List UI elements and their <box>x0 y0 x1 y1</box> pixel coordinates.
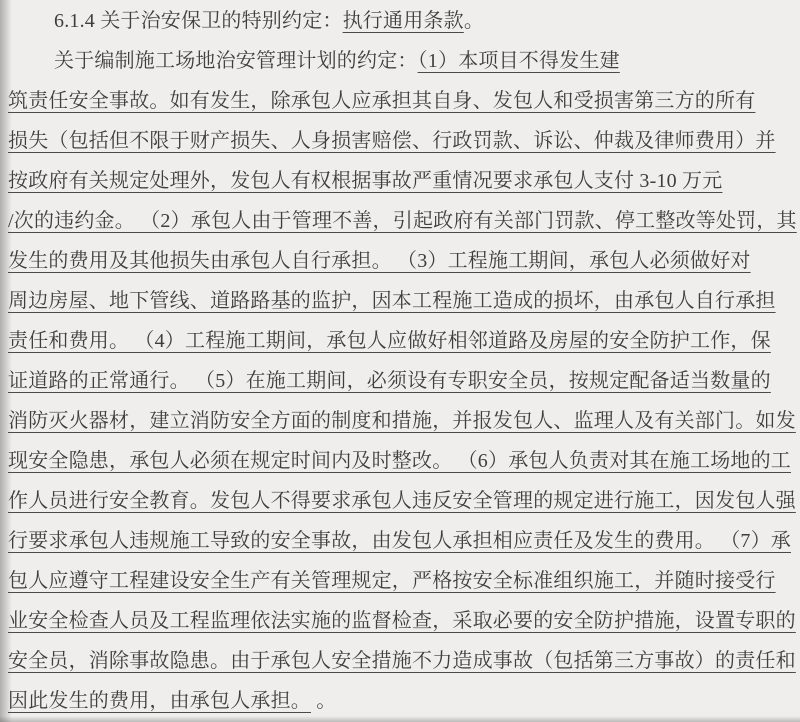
plain-text: 。 <box>311 690 336 712</box>
underlined-text: 包人应遵守工程建设安全生产有关管理规定，严格按安全标准组织施工，并随时接受行 <box>8 570 776 592</box>
text-line: 证道路的正常通行。 （5）在施工期间，必须设有专职安全员，按规定配备适当数量的 <box>8 361 800 401</box>
underlined-text: 筑责任安全事故。如有发生，除承包人应承担其自身、发包人和受损害第三方的所有 <box>8 90 755 112</box>
underlined-text: 现安全隐患，承包人必须在规定时间内及时整改。 （6）承包人负责对其在施工场地的工 <box>8 450 791 472</box>
text-line: 因此发生的费用，由承包人承担。 。 <box>8 681 800 721</box>
underlined-text: 行要求承包人违规施工导致的安全事故，由发包人承担相应责任及发生的费用。 （7）承 <box>8 530 791 552</box>
underlined-text: 业安全检查人员及工程监理依法实施的监督检查，采取必要的安全防护措施，设置专职的 <box>8 610 796 632</box>
underlined-text: 执行通用条款 <box>343 10 464 32</box>
text-line: 行要求承包人违规施工导致的安全事故，由发包人承担相应责任及发生的费用。 （7）承 <box>8 521 800 561</box>
text-line: 损失（包括但不限于财产损失、人身损害赔偿、行政罚款、诉讼、仲裁及律师费用）并 <box>8 121 800 161</box>
underlined-text: 消防灭火器材，建立消防安全方面的制度和措施，并报发包人、监理人及有关部门。如发 <box>8 410 796 432</box>
underlined-text: （1）本项目不得发生建 <box>418 50 620 72</box>
text-line: 责任和费用。 （4）工程施工期间，承包人应做好相邻道路及房屋的安全防护工作，保 <box>8 321 800 361</box>
text-line: 消防灭火器材，建立消防安全方面的制度和措施，并报发包人、监理人及有关部门。如发 <box>8 401 800 441</box>
underlined-text: 周边房屋、地下管线、道路路基的监护，因本工程施工造成的损坏，由承包人自行承担 <box>8 290 776 312</box>
text-line: 业安全检查人员及工程监理依法实施的监督检查，采取必要的安全防护措施，设置专职的 <box>8 601 800 641</box>
underlined-text: 作人员进行安全教育。发包人不得要求承包人违反安全管理的规定进行施工，因发包人强 <box>8 490 796 512</box>
text-line: 作人员进行安全教育。发包人不得要求承包人违反安全管理的规定进行施工，因发包人强 <box>8 481 800 521</box>
underlined-text: 安全员，消除事故隐患。由于承包人安全措施不力造成事故（包括第三方事故）的责任和 <box>8 650 796 672</box>
document-screenshot: { "page": { "background": "#efeeec", "te… <box>0 0 800 722</box>
text-line: /次的违约金。 （2）承包人由于管理不善，引起政府有关部门罚款、停工整改等处罚，… <box>8 201 800 241</box>
text-line: 发生的费用及其他损失由承包人自行承担。 （3）工程施工期间，承包人必须做好对 <box>8 241 800 281</box>
underlined-text: /次的违约金。 （2）承包人由于管理不善，引起政府有关部门罚款、停工整改等处罚，… <box>8 210 797 232</box>
text-line: 按政府有关规定处理外，发包人有权根据事故严重情况要求承包人支付 3-10 万元 <box>8 161 800 201</box>
contract-clause-page: 6.1.4 关于治安保卫的特别约定：执行通用条款。关于编制施工场地治安管理计划的… <box>0 0 800 722</box>
plain-text: 6.1.4 关于治安保卫的特别约定： <box>54 10 343 32</box>
text-line: 6.1.4 关于治安保卫的特别约定：执行通用条款。 <box>8 1 800 41</box>
text-line: 周边房屋、地下管线、道路路基的监护，因本工程施工造成的损坏，由承包人自行承担 <box>8 281 800 321</box>
text-line: 关于编制施工场地治安管理计划的约定：（1）本项目不得发生建 <box>8 41 800 81</box>
plain-text: 关于编制施工场地治安管理计划的约定： <box>54 50 418 72</box>
plain-text: 。 <box>464 10 484 32</box>
text-line: 筑责任安全事故。如有发生，除承包人应承担其自身、发包人和受损害第三方的所有 <box>8 81 800 121</box>
text-line: 现安全隐患，承包人必须在规定时间内及时整改。 （6）承包人负责对其在施工场地的工 <box>8 441 800 481</box>
underlined-text: 证道路的正常通行。 （5）在施工期间，必须设有专职安全员，按规定配备适当数量的 <box>8 370 771 392</box>
text-line: 安全员，消除事故隐患。由于承包人安全措施不力造成事故（包括第三方事故）的责任和 <box>8 641 800 681</box>
underlined-text: 损失（包括但不限于财产损失、人身损害赔偿、行政罚款、诉讼、仲裁及律师费用）并 <box>8 130 776 152</box>
underlined-text: 按政府有关规定处理外，发包人有权根据事故严重情况要求承包人支付 3-10 万元 <box>8 170 722 192</box>
underlined-text: 因此发生的费用，由承包人承担。 <box>8 690 311 712</box>
text-line: 包人应遵守工程建设安全生产有关管理规定，严格按安全标准组织施工，并随时接受行 <box>8 561 800 601</box>
underlined-text: 责任和费用。 （4）工程施工期间，承包人应做好相邻道路及房屋的安全防护工作，保 <box>8 330 771 352</box>
underlined-text: 发生的费用及其他损失由承包人自行承担。 （3）工程施工期间，承包人必须做好对 <box>8 250 751 272</box>
